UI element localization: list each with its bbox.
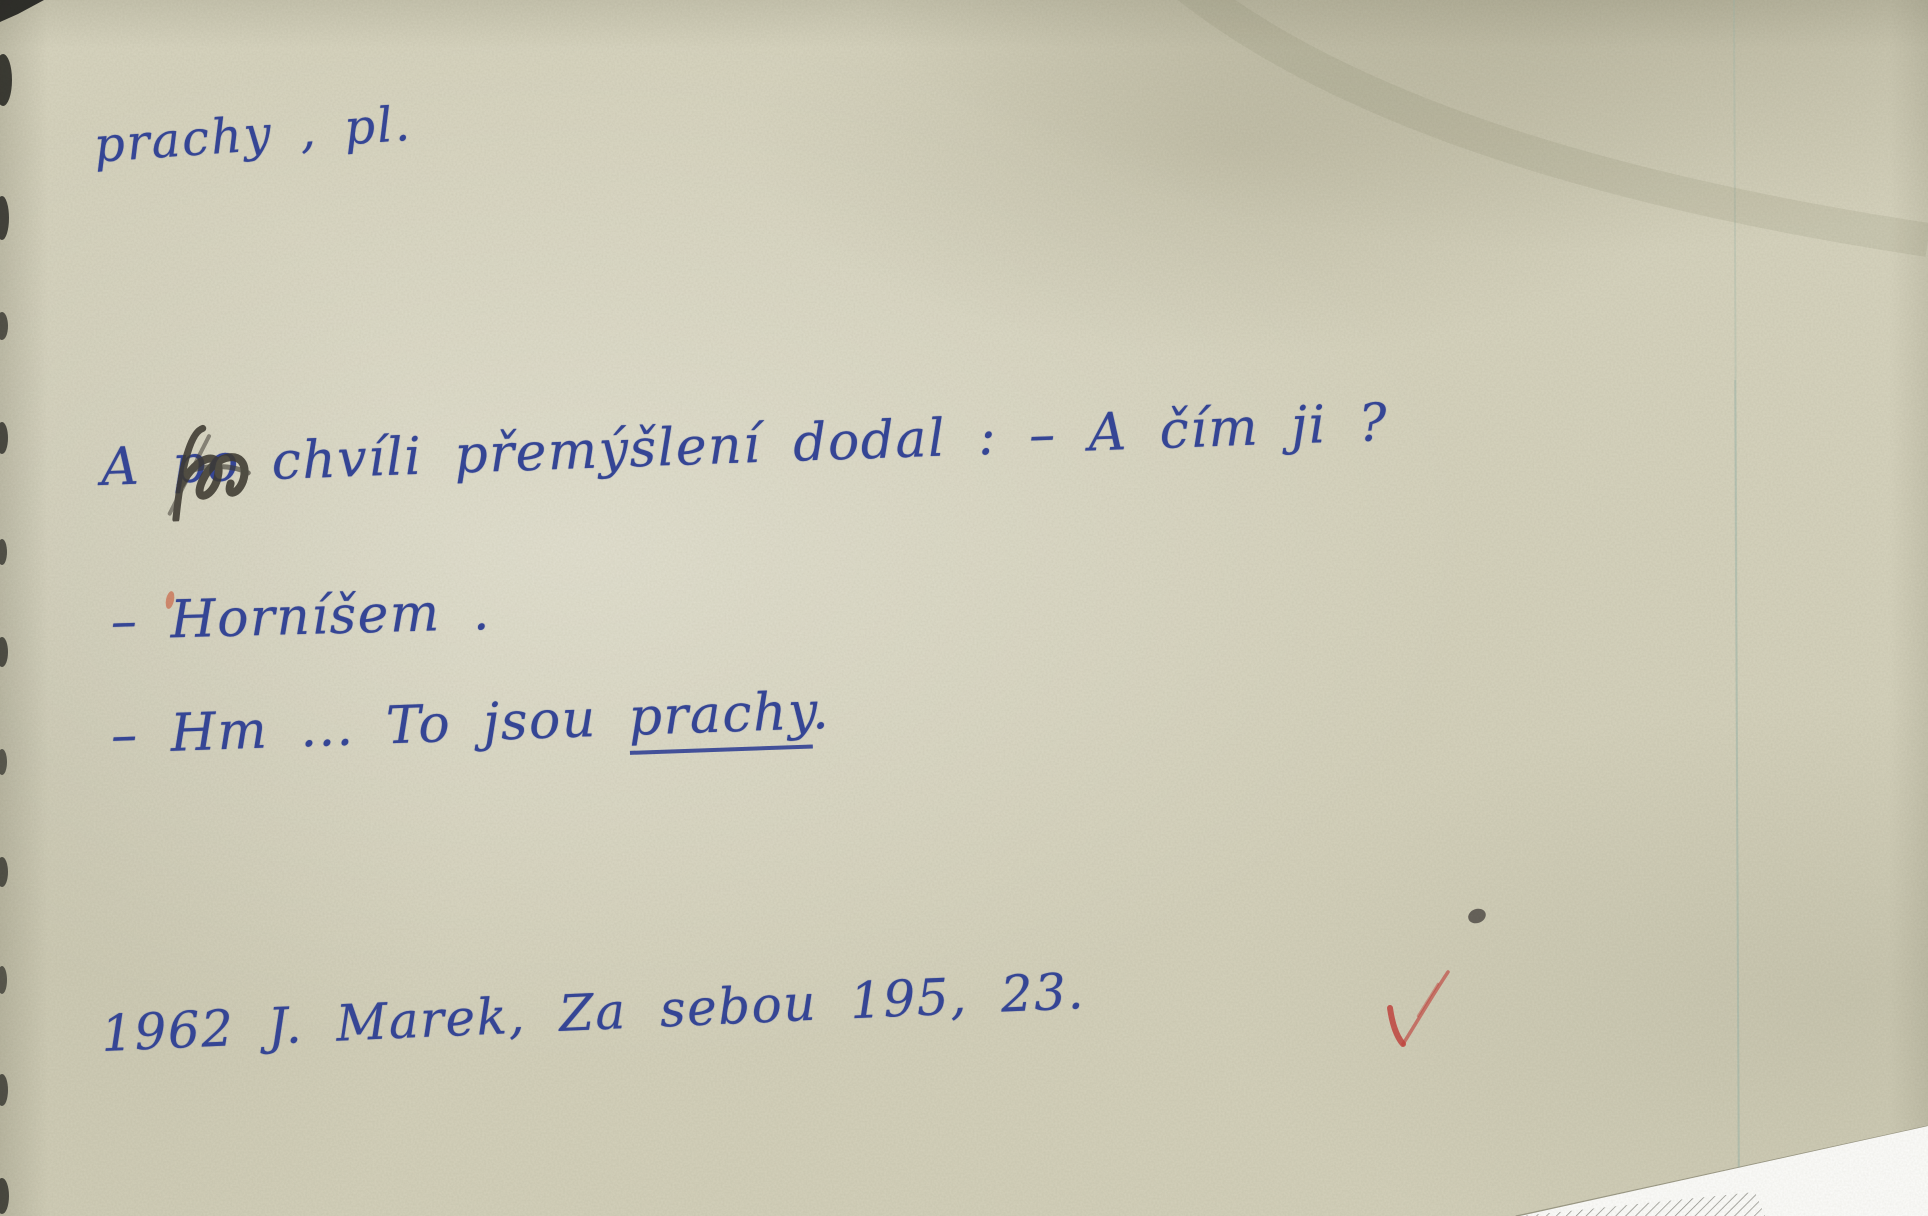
quote-line3-after: .	[811, 681, 831, 742]
overwritten-word-text: po	[171, 433, 241, 495]
quote-line-2: – Horníšem .	[110, 582, 491, 652]
quote-line1-before: A	[100, 437, 141, 498]
underlined-word: prachy	[628, 682, 813, 755]
pencil-overwritten-word: po	[171, 433, 241, 495]
quote-line2-text: – Horníšem .	[110, 582, 491, 652]
scanned-card: prachy , pl. A po chvíli přemýšlení doda…	[0, 0, 1928, 1216]
